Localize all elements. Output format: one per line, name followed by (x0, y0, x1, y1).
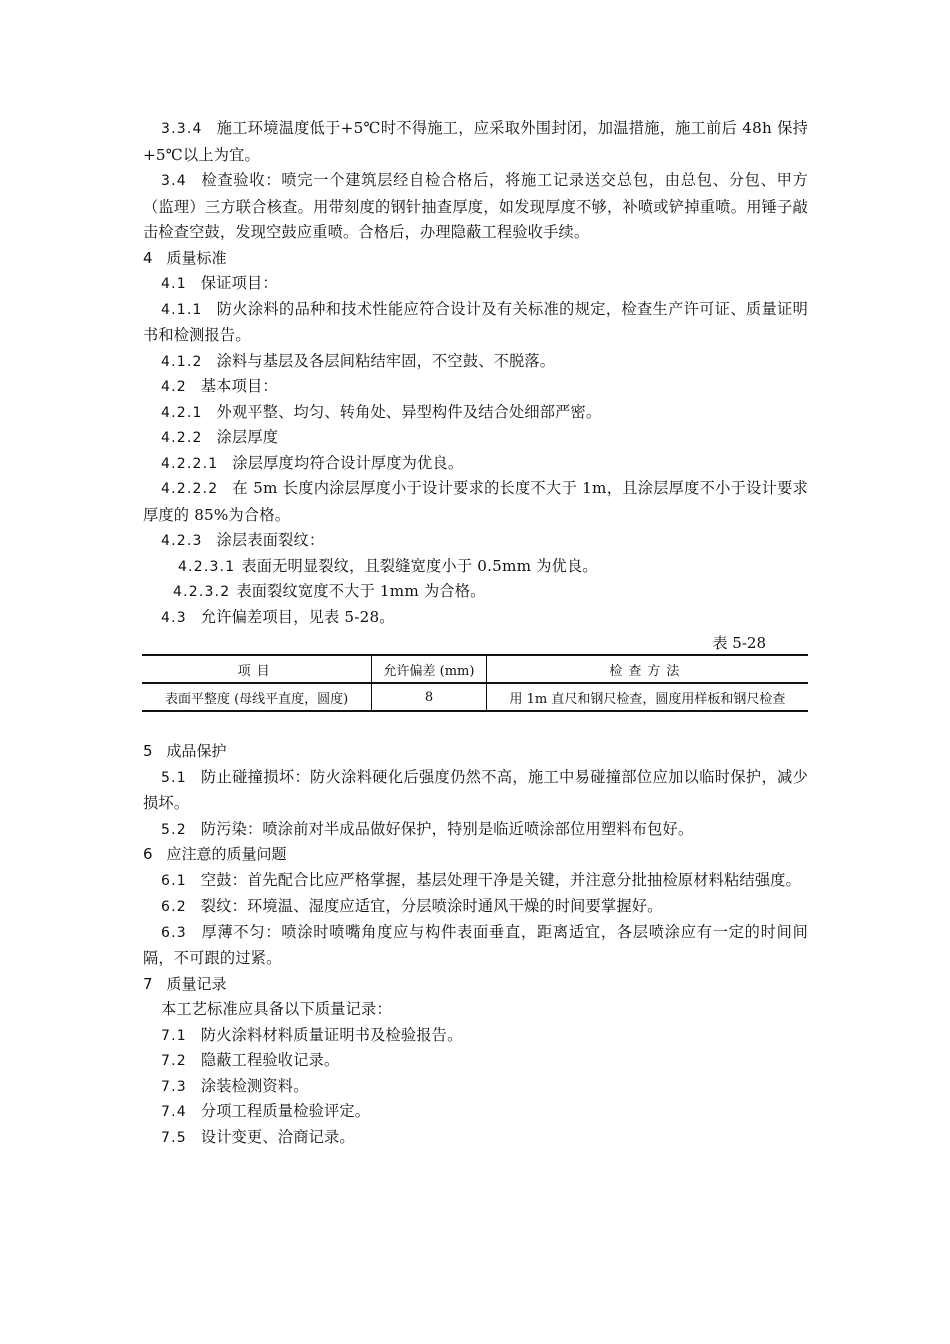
clause-number: 7.5 (161, 1130, 187, 1146)
clause-number: 3.3.4 (161, 121, 203, 137)
section-heading-4: 4质量标准 (143, 246, 808, 272)
clause-text: 保证项目： (201, 274, 278, 292)
clause-text: 外观平整、均匀、转角处、异型构件及结合处细部严密。 (217, 403, 602, 421)
document-page: 3.3.4施工环境温度低于+5℃时不得施工，应采取外围封闭，加温措施，施工前后 … (143, 116, 808, 1150)
clause-text: 防止碰撞损坏：防火涂料硬化后强度仍然不高，施工中易碰撞部位应加以临时保护，减少损… (143, 768, 808, 813)
section-heading-5: 5成品保护 (143, 739, 808, 765)
clause-text: 设计变更、洽商记录。 (201, 1128, 355, 1146)
clause-number: 5.2 (161, 822, 187, 838)
section-title: 成品保护 (167, 742, 227, 760)
section-title: 应注意的质量问题 (167, 845, 287, 863)
clause-text: 检查验收：喷完一个建筑层经自检合格后，将施工记录送交总包，由总包、分包、甲方（监… (143, 171, 808, 241)
clause-7-3: 7.3涂装检测资料。 (143, 1074, 808, 1100)
clause-5-1: 5.1防止碰撞损坏：防火涂料硬化后强度仍然不高，施工中易碰撞部位应加以临时保护，… (143, 765, 808, 817)
section-number: 6 (143, 845, 153, 863)
clause-number: 4.1.1 (161, 302, 203, 318)
clause-text: 表面裂纹宽度不大于 1mm 为合格。 (236, 582, 485, 600)
clause-text: 防污染：喷涂前对半成品做好保护，特别是临近喷涂部位用塑料布包好。 (201, 820, 693, 838)
table-cell-method: 用 1m 直尺和钢尺检查，圆度用样板和钢尺检查 (486, 683, 808, 711)
clause-number: 6.1 (161, 873, 187, 889)
section-number: 7 (143, 975, 153, 993)
clause-text: 隐蔽工程验收记录。 (201, 1051, 340, 1069)
table-cell-item: 表面平整度 (母线平直度，圆度) (142, 683, 372, 711)
clause-3-3-4: 3.3.4施工环境温度低于+5℃时不得施工，应采取外围封闭，加温措施，施工前后 … (143, 116, 808, 168)
clause-text: 裂纹：环境温、湿度应适宜，分层喷涂时通风干燥的时间要掌握好。 (201, 897, 663, 915)
clause-4-2-2: 4.2.2涂层厚度 (143, 425, 808, 451)
clause-5-2: 5.2防污染：喷涂前对半成品做好保护，特别是临近喷涂部位用塑料布包好。 (143, 817, 808, 843)
clause-text: 分项工程质量检验评定。 (201, 1102, 370, 1120)
clause-3-4: 3.4检查验收：喷完一个建筑层经自检合格后，将施工记录送交总包，由总包、分包、甲… (143, 168, 808, 246)
clause-text: 涂层厚度均符合设计厚度为优良。 (232, 454, 463, 472)
clause-4-2-3-2: 4.2.3.2表面裂纹宽度不大于 1mm 为合格。 (143, 579, 808, 605)
table-row: 表面平整度 (母线平直度，圆度) 8 用 1m 直尺和钢尺检查，圆度用样板和钢尺… (142, 683, 808, 711)
clause-6-3: 6.3厚薄不匀：喷涂时喷嘴角度应与构件表面垂直，距离适宜，各层喷涂应有一定的时间… (143, 920, 808, 972)
clause-number: 6.2 (161, 899, 187, 915)
clause-number: 4.2.1 (161, 405, 203, 421)
clause-text: 厚薄不匀：喷涂时喷嘴角度应与构件表面垂直，距离适宜，各层喷涂应有一定的时间间隔，… (143, 923, 808, 968)
clause-7-2: 7.2隐蔽工程验收记录。 (143, 1048, 808, 1074)
section-title: 质量记录 (167, 975, 227, 993)
clause-4-2-3-1: 4.2.3.1表面无明显裂纹，且裂缝宽度小于 0.5mm 为优良。 (143, 554, 808, 580)
clause-number: 4.1 (161, 276, 187, 292)
clause-number: 4.2.2.1 (161, 456, 218, 472)
clause-text: 施工环境温度低于+5℃时不得施工，应采取外围封闭，加温措施，施工前后 48h 保… (143, 119, 808, 164)
clause-4-2-2-2: 4.2.2.2在 5m 长度内涂层厚度小于设计要求的长度不大于 1m，且涂层厚度… (143, 476, 808, 528)
clause-text: 防火涂料的品种和技术性能应符合设计及有关标准的规定，检查生产许可证、质量证明书和… (143, 300, 808, 345)
clause-4-2-3: 4.2.3涂层表面裂纹： (143, 528, 808, 554)
clause-text: 涂层表面裂纹： (217, 531, 325, 549)
clause-number: 4.2.2 (161, 430, 203, 446)
clause-text: 基本项目： (201, 377, 278, 395)
clause-text: 表面无明显裂纹，且裂缝宽度小于 0.5mm 为优良。 (241, 557, 597, 575)
clause-number: 4.2.3.1 (178, 559, 235, 575)
clause-6-1: 6.1空鼓：首先配合比应严格掌握，基层处理干净是关键，并注意分批抽检原材料粘结强… (143, 868, 808, 895)
clause-7-5: 7.5设计变更、洽商记录。 (143, 1125, 808, 1151)
clause-number: 7.3 (161, 1079, 187, 1095)
section-heading-6: 6应注意的质量问题 (143, 842, 808, 868)
tolerance-table: 项目 允许偏差 (mm) 检查方法 表面平整度 (母线平直度，圆度) 8 用 1… (142, 654, 808, 712)
table-cell-tolerance: 8 (372, 683, 487, 711)
clause-text: 涂装检测资料。 (201, 1077, 309, 1095)
column-header-tolerance: 允许偏差 (mm) (372, 655, 487, 683)
clause-text: 防火涂料材料质量证明书及检验报告。 (201, 1026, 463, 1044)
clause-number: 7.1 (161, 1028, 187, 1044)
clause-number: 4.1.2 (161, 354, 203, 370)
clause-number: 3.4 (161, 173, 187, 189)
clause-7-1: 7.1防火涂料材料质量证明书及检验报告。 (143, 1023, 808, 1049)
clause-number: 5.1 (161, 770, 187, 786)
table-caption: 表 5-28 (143, 632, 808, 654)
section-number: 4 (143, 249, 153, 267)
table-header-row: 项目 允许偏差 (mm) 检查方法 (142, 655, 808, 683)
clause-4-1-1: 4.1.1防火涂料的品种和技术性能应符合设计及有关标准的规定，检查生产许可证、质… (143, 297, 808, 349)
clause-number: 4.3 (161, 610, 187, 626)
clause-number: 4.2 (161, 379, 187, 395)
clause-text: 允许偏差项目，见表 5-28。 (201, 608, 395, 626)
clause-number: 4.2.3 (161, 533, 203, 549)
section-number: 5 (143, 742, 153, 760)
clause-7-4: 7.4分项工程质量检验评定。 (143, 1099, 808, 1125)
section-7-intro: 本工艺标准应具备以下质量记录： (143, 997, 808, 1023)
clause-number: 4.2.2.2 (161, 481, 218, 497)
clause-text: 涂层厚度 (217, 428, 279, 446)
clause-number: 6.3 (161, 925, 187, 941)
clause-text: 在 5m 长度内涂层厚度小于设计要求的长度不大于 1m，且涂层厚度不小于设计要求… (143, 479, 808, 524)
clause-number: 7.4 (161, 1104, 187, 1120)
clause-6-2: 6.2裂纹：环境温、湿度应适宜，分层喷涂时通风干燥的时间要掌握好。 (143, 894, 808, 920)
column-header-item: 项目 (142, 655, 372, 683)
clause-text: 涂料与基层及各层间粘结牢固，不空鼓、不脱落。 (217, 352, 556, 370)
column-header-method: 检查方法 (486, 655, 808, 683)
clause-4-3: 4.3允许偏差项目，见表 5-28。 (143, 605, 808, 631)
section-heading-7: 7质量记录 (143, 972, 808, 998)
clause-4-1-2: 4.1.2涂料与基层及各层间粘结牢固，不空鼓、不脱落。 (143, 349, 808, 375)
clause-4-2-1: 4.2.1外观平整、均匀、转角处、异型构件及结合处细部严密。 (143, 400, 808, 426)
clause-4-2: 4.2基本项目： (143, 374, 808, 400)
clause-text: 空鼓：首先配合比应严格掌握，基层处理干净是关键，并注意分批抽检原材料粘结强度。 (201, 871, 801, 889)
clause-number: 4.2.3.2 (173, 584, 230, 600)
clause-number: 7.2 (161, 1053, 187, 1069)
clause-4-2-2-1: 4.2.2.1涂层厚度均符合设计厚度为优良。 (143, 451, 808, 477)
section-title: 质量标准 (167, 249, 227, 267)
clause-4-1: 4.1保证项目： (143, 271, 808, 297)
